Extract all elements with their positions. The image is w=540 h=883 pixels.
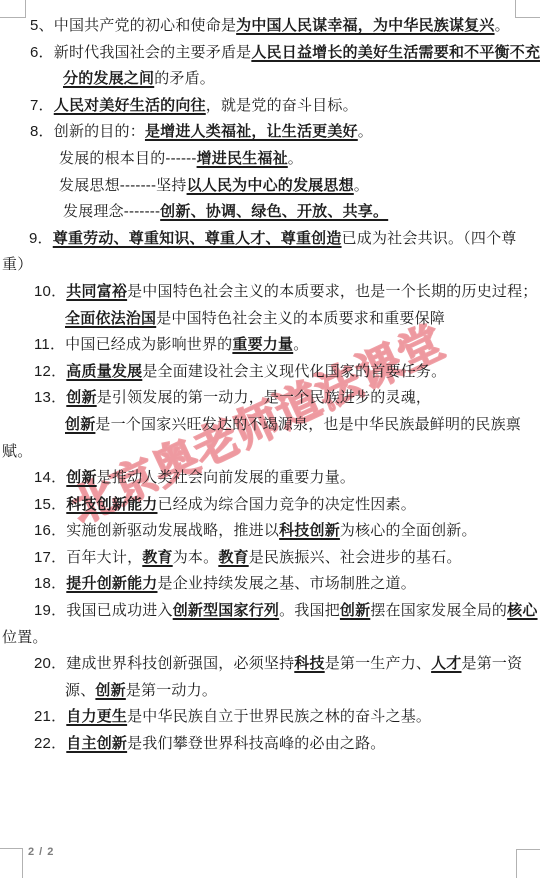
text-line: 16．实施创新驱动发展战略，推进以科技创新为核心的全面创新。 [0,518,540,545]
text-line: 21．自力更生是中华民族自立于世界民族之林的奋斗之基。 [0,704,540,731]
text-segment: 是中国特色社会主义的本质要求和重要保障 [156,310,445,327]
text-segment: 位置。 [2,629,48,646]
key-term: 全面依法治国 [65,310,156,327]
key-term: 人民对美好生活的向往 [54,97,206,114]
text-segment: 。 [293,336,308,353]
text-segment: 10． [34,283,66,300]
key-term: 创新 [95,682,125,699]
text-line: 重） [0,252,540,279]
key-term: 分的发展之间 [63,70,154,87]
text-segment: 是全面建设社会主义现代化国家的首要任务。 [142,363,446,380]
text-line: 全面依法治国是中国特色社会主义的本质要求和重要保障 [0,306,540,333]
key-term: 创新 [65,416,95,433]
text-line: 11．中国已经成为影响世界的重要力量。 [0,332,540,359]
text-segment: 重） [2,256,32,273]
text-line: 19．我国已成功进入创新型国家行列。我国把创新摆在国家发展全局的核心 [0,598,540,625]
key-term: 尊重劳动、尊重知识、尊重人才、尊重创造 [53,230,342,247]
text-segment: 。 [288,150,303,167]
key-term: 教育 [218,549,248,566]
page-corner-mark-bottom-right [516,849,540,878]
text-segment: 是推动人类社会向前发展的重要力量。 [97,469,355,486]
text-segment: 。 [358,123,373,140]
text-segment: 是第一动力。 [126,682,217,699]
key-term: 自主创新 [66,735,127,752]
text-segment: 22． [34,735,66,752]
text-line: 15．科技创新能力已经成为综合国力竞争的决定性因素。 [0,492,540,519]
key-term: 科技创新能力 [66,496,157,513]
key-term: 教育 [142,549,172,566]
text-segment: 16．实施创新驱动发展战略，推进以 [34,522,279,539]
text-segment: 赋。 [2,443,32,460]
key-term: 增进民生福祉 [197,150,288,167]
key-term: 创新 [340,602,370,619]
text-segment: 17．百年大计， [34,549,142,566]
text-segment: 是民族振兴、社会进步的基石。 [249,549,462,566]
key-term: 创新型国家行列 [173,602,279,619]
text-segment: 是第一资 [462,655,523,672]
key-term: 核心 [507,602,537,619]
text-line: 发展理念-------创新、协调、绿色、开放、共享。 [0,199,540,226]
text-segment: 。 [354,177,369,194]
text-segment: 。我国把 [279,602,340,619]
text-line: 发展思想-------坚持以人民为中心的发展思想。 [0,173,540,200]
text-segment: 18． [34,575,66,592]
text-segment: 为本。 [173,549,219,566]
text-segment: 21． [34,708,66,725]
text-segment: 是第一生产力、 [325,655,431,672]
text-line: 6．新时代我国社会的主要矛盾是人民日益增长的美好生活需要和不平衡不充 [0,40,540,67]
text-segment: 是企业持续发展之基、市场制胜之道。 [158,575,416,592]
text-segment: 6．新时代我国社会的主要矛盾是 [30,44,251,61]
key-term: 共同富裕 [66,283,127,300]
page-number-indicator: 2 / 2 [28,846,54,858]
text-segment: 。 [495,17,510,34]
text-segment: 9． [29,230,53,247]
page-corner-mark-bottom-left [0,848,23,878]
document-body: 5、中国共产党的初心和使命是为中国人民谋幸福，为中华民族谋复兴。6．新时代我国社… [0,13,540,758]
key-term: 创新、协调、绿色、开放、共享。 [160,203,388,220]
text-line: 9．尊重劳动、尊重知识、尊重人才、尊重创造已成为社会共识。（四个尊 [0,226,540,253]
text-segment: 8．创新的目的： [30,123,145,140]
key-term: 人民日益增长的美好生活需要和不平衡不充 [251,44,540,61]
text-line: 17．百年大计，教育为本。教育是民族振兴、社会进步的基石。 [0,545,540,572]
text-line: 18．提升创新能力是企业持续发展之基、市场制胜之道。 [0,571,540,598]
key-term: 自力更生 [66,708,127,725]
text-line: 22．自主创新是我们攀登世界科技高峰的必由之路。 [0,731,540,758]
text-segment: 是中华民族自立于世界民族之林的奋斗之基。 [127,708,431,725]
text-line: 20．建成世界科技创新强国，必须坚持科技是第一生产力、人才是第一资 [0,651,540,678]
text-line: 14．创新是推动人类社会向前发展的重要力量。 [0,465,540,492]
text-line: 10．共同富裕是中国特色社会主义的本质要求，也是一个长期的历史过程； [0,279,540,306]
text-segment: 13． [34,389,66,406]
key-term: 重要力量 [232,336,293,353]
text-segment: 摆在国家发展全局的 [370,602,507,619]
key-term: 科技创新 [279,522,340,539]
text-line: 13．创新是引领发展的第一动力，是一个民族进步的灵魂， [0,385,540,412]
key-term: 提升创新能力 [66,575,157,592]
text-segment: 14． [34,469,66,486]
text-segment: 是中国特色社会主义的本质要求，也是一个长期的历史过程； [127,283,537,300]
text-segment: 20．建成世界科技创新强国，必须坚持 [34,655,294,672]
text-line: 创新是一个国家兴旺发达的不竭源泉，也是中华民族最鲜明的民族禀 [0,412,540,439]
text-line: 5、中国共产党的初心和使命是为中国人民谋幸福，为中华民族谋复兴。 [0,13,540,40]
text-segment: 15． [34,496,66,513]
text-line: 分的发展之间的矛盾。 [0,66,540,93]
text-line: 发展的根本目的------增进民生福祉。 [0,146,540,173]
text-line: 12．高质量发展是全面建设社会主义现代化国家的首要任务。 [0,359,540,386]
text-segment: 发展的根本目的------ [59,150,197,167]
text-segment: 已经成为综合国力竞争的决定性因素。 [158,496,416,513]
text-segment: 是引领发展的第一动力，是一个民族进步的灵魂， [97,389,431,406]
text-line: 位置。 [0,625,540,652]
key-term: 人才 [431,655,461,672]
key-term: 创新 [66,389,96,406]
text-line: 7．人民对美好生活的向往，就是党的奋斗目标。 [0,93,540,120]
text-segment: 源、 [65,682,95,699]
text-segment: 是一个国家兴旺发达的不竭源泉，也是中华民族最鲜明的民族禀 [95,416,521,433]
text-segment: 发展理念------- [63,203,160,220]
text-segment: 已成为社会共识。（四个尊 [342,230,517,247]
text-segment: 19．我国已成功进入 [34,602,173,619]
text-segment: 为核心的全面创新。 [340,522,477,539]
text-segment: 12． [34,363,66,380]
key-term: 是增进人类福祉，让生活更美好 [145,123,358,140]
key-term: 高质量发展 [66,363,142,380]
text-segment: 发展思想-------坚持 [59,177,187,194]
key-term: 以人民为中心的发展思想 [187,177,354,194]
key-term: 创新 [66,469,96,486]
key-term: 为中国人民谋幸福，为中华民族谋复兴 [236,17,494,34]
key-term: 科技 [294,655,324,672]
text-line: 源、创新是第一动力。 [0,678,540,705]
text-segment: ，就是党的奋斗目标。 [206,97,358,114]
text-segment: 11．中国已经成为影响世界的 [34,336,232,353]
text-segment: 5、中国共产党的初心和使命是 [30,17,236,34]
text-line: 赋。 [0,439,540,466]
text-segment: 的矛盾。 [154,70,215,87]
text-segment: 7． [30,97,54,114]
document-page: 北京奥老师道法课堂 5、中国共产党的初心和使命是为中国人民谋幸福，为中华民族谋复… [0,0,540,883]
text-segment: 是我们攀登世界科技高峰的必由之路。 [127,735,385,752]
text-line: 8．创新的目的：是增进人类福祉，让生活更美好。 [0,119,540,146]
